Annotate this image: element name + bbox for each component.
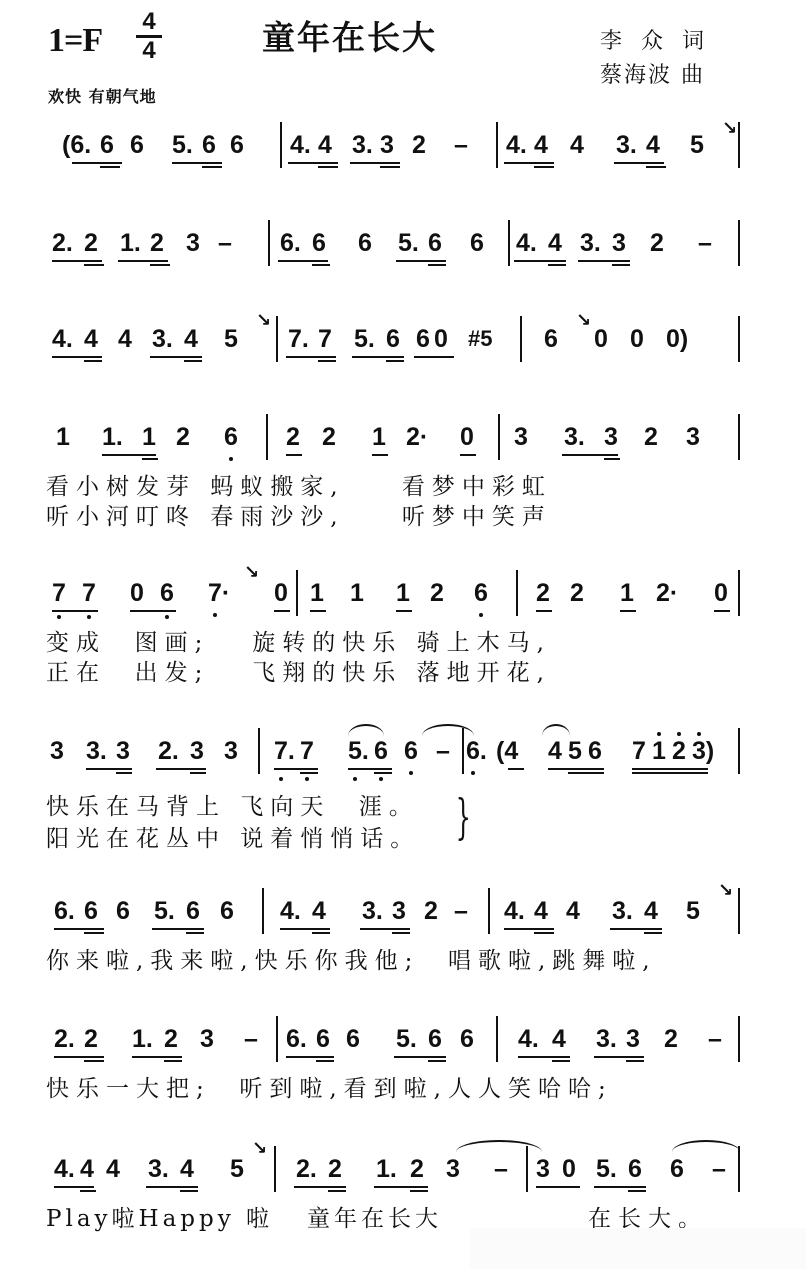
- underline-beam: [632, 772, 708, 774]
- underline-beam: [374, 1186, 428, 1188]
- underline-beam: [620, 610, 636, 612]
- underline-beam: [548, 264, 566, 266]
- bar-line: [488, 888, 490, 934]
- note: 1: [652, 736, 666, 766]
- underline-beam: [164, 1060, 182, 1062]
- note: 4.: [516, 228, 537, 258]
- note: 2: [412, 130, 426, 160]
- underline-beam: [386, 360, 404, 362]
- note: 0: [594, 324, 608, 354]
- note: 0: [630, 324, 644, 354]
- note: 6: [224, 422, 238, 452]
- bar-line: [276, 1016, 278, 1062]
- note: –: [218, 228, 232, 258]
- underline-beam: [102, 454, 156, 456]
- note: 0: [130, 578, 144, 608]
- low-octave-dot: [165, 615, 169, 619]
- low-octave-dot: [379, 777, 383, 781]
- note: 1.: [376, 1154, 397, 1184]
- notes-row: 4. 4 4 3. 4 5 ↘ 2. 2 1. 2 3 – 3 0 5. 6 6…: [0, 1154, 806, 1194]
- note: 6: [116, 896, 130, 926]
- note: 4.: [518, 1024, 539, 1054]
- underline-beam: [54, 928, 104, 930]
- composer-credit: 蔡海波 曲: [600, 58, 705, 89]
- lyric-verse-1: 变成 图画; 旋转的快乐 骑上木马,: [46, 624, 551, 657]
- underline-beam: [328, 1190, 346, 1192]
- note: 6: [470, 228, 484, 258]
- notes-row: 2. 2 1. 2 3 – 6. 6 6 5. 6 6 4. 4 3. 3 2 …: [0, 1024, 806, 1064]
- note: 3: [392, 896, 406, 926]
- slur-arc: [348, 724, 384, 736]
- note: 6: [374, 736, 388, 766]
- note: 4: [566, 896, 580, 926]
- underline-beam: [294, 1186, 346, 1188]
- high-octave-dot: [657, 732, 661, 736]
- tie-arc: [422, 724, 474, 736]
- note: 4.: [290, 130, 311, 160]
- underline-beam: [460, 454, 476, 456]
- note: 0): [666, 324, 688, 354]
- underline-beam: [568, 772, 604, 774]
- underline-beam: [54, 1186, 94, 1188]
- note: 3: [612, 228, 626, 258]
- underline-beam: [396, 610, 412, 612]
- underline-beam: [312, 264, 330, 266]
- note: 2: [150, 228, 164, 258]
- underline-beam: [632, 768, 708, 770]
- note: 3.: [616, 130, 637, 160]
- note: 2.: [52, 228, 73, 258]
- lyric-verse-1: 快乐在马背上 飞向天 涯。: [46, 788, 419, 821]
- notes-row: 7 7 0 6 7· ↘ 0 1 1 1 2 6 2 2 1 2· 0: [0, 578, 806, 618]
- underline-beam: [534, 932, 554, 934]
- bar-line: [738, 316, 740, 362]
- note: 0: [460, 422, 474, 452]
- underline-beam: [274, 768, 318, 770]
- bar-line: [498, 414, 500, 460]
- underline-beam: [394, 1056, 446, 1058]
- underline-beam: [644, 932, 662, 934]
- note: 2: [536, 578, 550, 608]
- note: 4: [646, 130, 660, 160]
- underline-beam: [714, 610, 730, 612]
- bar-line: [496, 1016, 498, 1062]
- note: 6: [628, 1154, 642, 1184]
- note: –: [454, 896, 468, 926]
- lyric-chorus: Play啦Happy 啦 童年在长大: [46, 1200, 442, 1233]
- note: 3: [200, 1024, 214, 1054]
- note: 7.: [288, 324, 309, 354]
- tie-arc: [672, 1140, 740, 1152]
- underline-beam: [428, 264, 446, 266]
- notes-row: 3 3. 3 2. 3 3 7. 7 5. 6 6 – 6. (4 4 5 6 …: [0, 736, 806, 776]
- bar-line: [516, 570, 518, 616]
- bar-line: [738, 220, 740, 266]
- note: 6: [386, 324, 400, 354]
- underline-beam: [410, 1190, 428, 1192]
- note: 2: [328, 1154, 342, 1184]
- bar-line: [262, 888, 264, 934]
- note: –: [708, 1024, 722, 1054]
- note: 6: [220, 896, 234, 926]
- bar-line: [296, 570, 298, 616]
- note: 5: [690, 130, 704, 160]
- notes-row: (6. 6 6 5. 6 6 4. 4 3. 3 2 – 4. 4 4 3. 4…: [0, 130, 806, 170]
- note: 3: [626, 1024, 640, 1054]
- bar-line: [738, 728, 740, 774]
- underline-beam: [414, 356, 454, 358]
- note: 2: [322, 422, 336, 452]
- note: 5.: [172, 130, 193, 160]
- underline-beam: [610, 928, 662, 930]
- underline-beam: [372, 454, 388, 456]
- high-octave-dot: [677, 732, 681, 736]
- note: 2: [430, 578, 444, 608]
- bar-line: [738, 414, 740, 460]
- note: 4.: [52, 324, 73, 354]
- note: 4: [318, 130, 332, 160]
- underline-beam: [350, 162, 400, 164]
- note: 6: [84, 896, 98, 926]
- note: 6.: [54, 896, 75, 926]
- underline-beam: [152, 928, 204, 930]
- note: 4: [548, 228, 562, 258]
- note: 7: [82, 578, 96, 608]
- underline-beam: [536, 610, 552, 612]
- note: 4: [184, 324, 198, 354]
- note: 3: [446, 1154, 460, 1184]
- bar-line: [738, 122, 740, 168]
- note: 3): [692, 736, 714, 766]
- underline-beam: [84, 360, 102, 362]
- notes-row: 2. 2 1. 2 3 – 6. 6 6 5. 6 6 4. 4 3. 3 2 …: [0, 228, 806, 268]
- low-octave-dot: [353, 777, 357, 781]
- note: 7·: [208, 578, 230, 608]
- underline-beam: [80, 1190, 96, 1192]
- low-octave-dot: [479, 613, 483, 617]
- note: 4: [644, 896, 658, 926]
- lyric-verse-2: 听小河叮咚 春雨沙沙, 听梦中笑声: [46, 498, 552, 531]
- note: 3.: [152, 324, 173, 354]
- verse-brace: }: [456, 792, 471, 842]
- underline-beam: [130, 610, 176, 612]
- note: 3: [604, 422, 618, 452]
- underline-beam: [202, 166, 222, 168]
- note: 2: [84, 228, 98, 258]
- underline-beam: [578, 260, 630, 262]
- note: 2: [410, 1154, 424, 1184]
- note: 2.: [54, 1024, 75, 1054]
- note: 2.: [158, 736, 179, 766]
- bar-line: [258, 728, 260, 774]
- note: 5.: [396, 1024, 417, 1054]
- underline-beam: [132, 1056, 182, 1058]
- note: 5: [568, 736, 582, 766]
- underline-beam: [562, 454, 618, 456]
- note: 6: [130, 130, 144, 160]
- underline-beam: [274, 610, 290, 612]
- underline-beam: [508, 768, 524, 770]
- underline-beam: [286, 356, 336, 358]
- breath-mark-icon: ↘: [244, 562, 259, 583]
- note: 5: [224, 324, 238, 354]
- bar-line: [738, 1016, 740, 1062]
- key-signature: 1=F: [48, 22, 102, 60]
- note: –: [698, 228, 712, 258]
- underline-beam: [352, 356, 404, 358]
- underline-beam: [514, 260, 566, 262]
- time-signature-bottom: 4: [136, 39, 162, 63]
- note: 7: [300, 736, 314, 766]
- note: 6.: [466, 736, 487, 766]
- underline-beam: [534, 166, 554, 168]
- bar-line: [738, 888, 740, 934]
- note: 4.: [280, 896, 301, 926]
- note: 6: [100, 130, 114, 160]
- bar-line: [738, 1146, 740, 1192]
- lyric-verse-2: 正在 出发; 飞翔的快乐 落地开花,: [46, 654, 551, 687]
- note: (4: [496, 736, 518, 766]
- note: 4.: [54, 1154, 75, 1184]
- note: 1: [310, 578, 324, 608]
- lyric-verse-2: 阳光在花丛中 说着悄悄话。: [46, 820, 420, 853]
- note: 5.: [354, 324, 375, 354]
- note: 2·: [406, 422, 428, 452]
- note: 7: [632, 736, 646, 766]
- low-octave-dot: [213, 613, 217, 617]
- underline-beam: [396, 260, 446, 262]
- note: 4.: [504, 896, 525, 926]
- time-signature-top: 4: [136, 10, 162, 34]
- note: 3.: [612, 896, 633, 926]
- underline-beam: [52, 356, 102, 358]
- underline-beam: [552, 1060, 570, 1062]
- underline-beam: [184, 360, 202, 362]
- note: 1: [56, 422, 70, 452]
- underline-beam: [594, 1056, 644, 1058]
- lyricist-credit: 李 众 词: [600, 24, 710, 55]
- note: 3.: [352, 130, 373, 160]
- tempo-marking: 欢快 有朝气地: [48, 84, 157, 107]
- underline-beam: [150, 264, 170, 266]
- underline-beam: [288, 162, 338, 164]
- note: –: [494, 1154, 508, 1184]
- note: 6: [230, 130, 244, 160]
- time-signature: 4 4: [136, 10, 162, 63]
- note: 3.: [596, 1024, 617, 1054]
- note: 4: [552, 1024, 566, 1054]
- underline-beam: [612, 264, 630, 266]
- note: 6: [160, 578, 174, 608]
- underline-beam: [594, 1186, 646, 1188]
- bar-line: [280, 122, 282, 168]
- note: 6: [202, 130, 216, 160]
- underline-beam: [84, 1060, 104, 1062]
- note: 6.: [280, 228, 301, 258]
- underline-beam: [172, 162, 222, 164]
- note: 6: [346, 1024, 360, 1054]
- note-sharp: #5: [468, 324, 492, 354]
- note: 2: [664, 1024, 678, 1054]
- underline-beam: [278, 260, 328, 262]
- underline-beam: [100, 166, 120, 168]
- note: 3.: [148, 1154, 169, 1184]
- note: 0: [434, 324, 448, 354]
- slur-arc: [542, 724, 570, 736]
- lyric-verse-1: 看小树发芽 蚂蚁搬家, 看梦中彩虹: [46, 468, 552, 501]
- note: 4: [548, 736, 562, 766]
- note: 3: [380, 130, 394, 160]
- underline-beam: [54, 1056, 104, 1058]
- underline-beam: [142, 458, 158, 460]
- note: 2: [424, 896, 438, 926]
- note: 0: [562, 1154, 576, 1184]
- note: 6: [312, 228, 326, 258]
- underline-beam: [428, 1060, 446, 1062]
- breath-mark-icon: ↘: [718, 880, 733, 901]
- note: 3: [536, 1154, 550, 1184]
- note: 4: [118, 324, 132, 354]
- underline-beam: [518, 1056, 570, 1058]
- note: 7: [318, 324, 332, 354]
- bar-line: [276, 316, 278, 362]
- note: 6: [588, 736, 602, 766]
- underline-beam: [280, 928, 330, 930]
- note: 2.: [296, 1154, 317, 1184]
- low-octave-dot: [279, 777, 283, 781]
- underline-beam: [186, 932, 204, 934]
- underline-beam: [348, 768, 392, 770]
- note: 6: [404, 736, 418, 766]
- note: 3: [50, 736, 64, 766]
- note: 6: [316, 1024, 330, 1054]
- underline-beam: [84, 932, 104, 934]
- breath-mark-icon: ↘: [576, 310, 591, 331]
- tie-arc: [456, 1140, 542, 1152]
- note: 3: [686, 422, 700, 452]
- note: 5.: [596, 1154, 617, 1184]
- scan-margin: [470, 1228, 806, 1269]
- low-octave-dot: [409, 771, 413, 775]
- underline-beam: [360, 928, 410, 930]
- underline-beam: [548, 768, 604, 770]
- bar-line: [508, 220, 510, 266]
- lyric-chorus: 快乐一大把; 听到啦,看到啦,人人笑哈哈;: [46, 1070, 613, 1103]
- underline-beam: [156, 768, 206, 770]
- note: 2: [672, 736, 686, 766]
- note: –: [244, 1024, 258, 1054]
- underline-beam: [628, 1190, 646, 1192]
- notes-row: 1 1. 1 2 6 2 2 1 2· 0 3 3. 3 2 3: [0, 422, 806, 462]
- note: 0: [274, 578, 288, 608]
- note: –: [454, 130, 468, 160]
- breath-mark-icon: ↘: [256, 310, 271, 331]
- note: 2: [164, 1024, 178, 1054]
- underline-beam: [52, 260, 102, 262]
- underline-beam: [116, 772, 132, 774]
- underline-beam: [180, 1190, 198, 1192]
- note: 7: [52, 578, 66, 608]
- note: 1: [396, 578, 410, 608]
- note: 5: [686, 896, 700, 926]
- underline-beam: [614, 162, 664, 164]
- note: 6: [428, 228, 442, 258]
- lyric-chorus: 你来啦,我来啦,快乐你我他; 唱歌啦,跳舞啦,: [46, 942, 657, 975]
- high-octave-dot: [697, 732, 701, 736]
- note: 6: [416, 324, 430, 354]
- note: 2·: [656, 578, 678, 608]
- note: 1: [350, 578, 364, 608]
- note: 6: [544, 324, 558, 354]
- note: 4.: [506, 130, 527, 160]
- underline-beam: [626, 1060, 644, 1062]
- note: –: [436, 736, 450, 766]
- note: 3: [186, 228, 200, 258]
- underline-beam: [72, 162, 122, 164]
- underline-beam: [310, 610, 326, 612]
- note: 3.: [86, 736, 107, 766]
- note: 7.: [274, 736, 295, 766]
- note: 4: [570, 130, 584, 160]
- underline-beam: [374, 772, 392, 774]
- note: 0: [714, 578, 728, 608]
- breath-mark-icon: ↘: [722, 118, 737, 139]
- note: 1: [142, 422, 156, 452]
- underline-beam: [504, 162, 554, 164]
- note: 1.: [102, 422, 123, 452]
- note: 1.: [132, 1024, 153, 1054]
- bar-line: [526, 1146, 528, 1192]
- note: 6: [670, 1154, 684, 1184]
- note: 2: [570, 578, 584, 608]
- note: 1.: [120, 228, 141, 258]
- underline-beam: [318, 166, 338, 168]
- underline-beam: [286, 454, 302, 456]
- note: 1: [620, 578, 634, 608]
- note: 5.: [348, 736, 369, 766]
- note: 4: [80, 1154, 94, 1184]
- note: 3: [514, 422, 528, 452]
- underline-beam: [146, 1186, 198, 1188]
- note: 2: [644, 422, 658, 452]
- underline-beam: [392, 932, 410, 934]
- breath-mark-icon: ↘: [252, 1138, 267, 1159]
- underline-beam: [316, 1060, 334, 1062]
- underline-beam: [300, 772, 318, 774]
- note: 3: [190, 736, 204, 766]
- notes-row: 4. 4 4 3. 4 5 ↘ 7. 7 5. 6 6 0 #5 6 ↘ 0 0…: [0, 324, 806, 364]
- underline-beam: [286, 1056, 334, 1058]
- note: 3: [116, 736, 130, 766]
- bar-line: [274, 1146, 276, 1192]
- note: 4: [312, 896, 326, 926]
- note: 4: [534, 130, 548, 160]
- low-octave-dot: [471, 771, 475, 775]
- low-octave-dot: [229, 457, 233, 461]
- underline-beam: [190, 772, 206, 774]
- low-octave-dot: [87, 615, 91, 619]
- low-octave-dot: [57, 615, 61, 619]
- bar-line: [266, 414, 268, 460]
- bar-line: [520, 316, 522, 362]
- note: 5.: [154, 896, 175, 926]
- underline-beam: [84, 264, 104, 266]
- underline-beam: [312, 932, 330, 934]
- underline-beam: [536, 1186, 580, 1188]
- note: 3.: [362, 896, 383, 926]
- note: 6: [358, 228, 372, 258]
- note: (6.: [62, 130, 91, 160]
